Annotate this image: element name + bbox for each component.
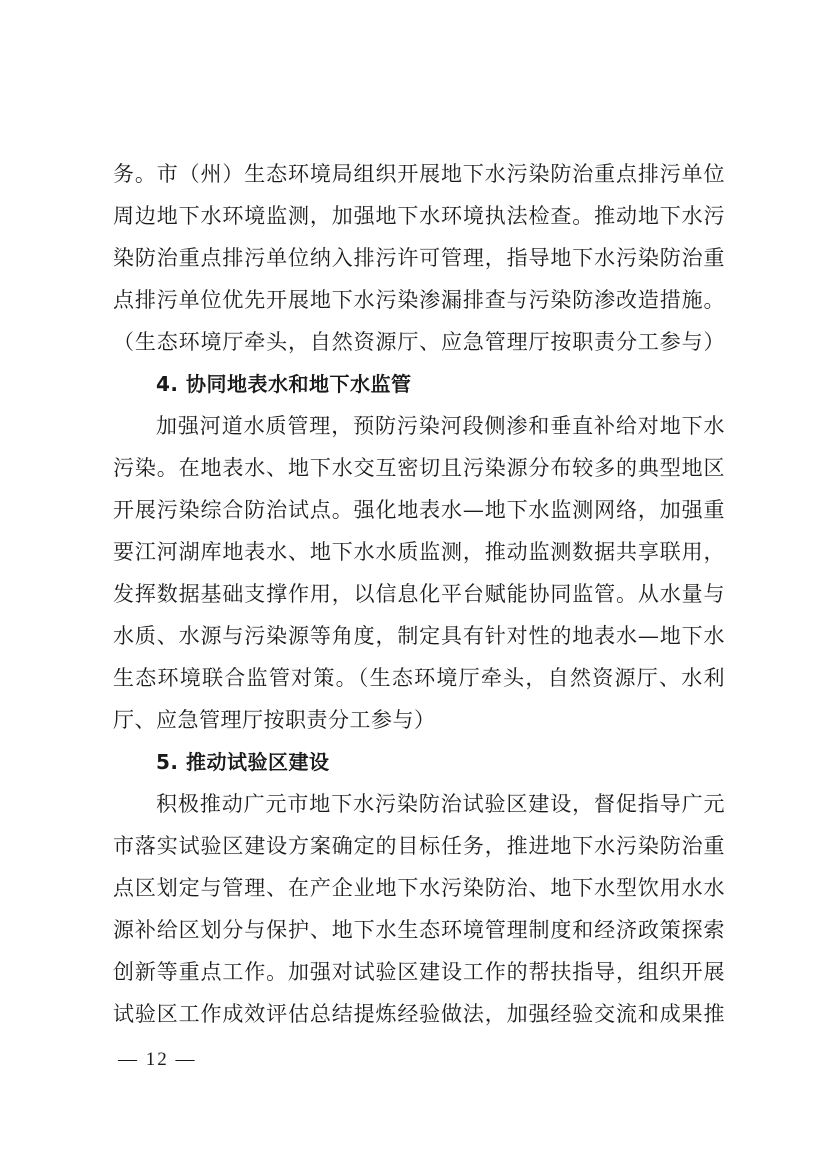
- paragraph-line: 加强河道水质管理，预防污染河段侧渗和垂直补给对地下水: [113, 405, 725, 447]
- paragraph-line: 厅、应急管理厅按职责分工参与）: [113, 699, 725, 741]
- section-heading-5: 5. 推动试验区建设: [113, 741, 725, 783]
- paragraph-line: （生态环境厅牵头，自然资源厅、应急管理厅按职责分工参与）: [113, 321, 725, 363]
- paragraph-line: 创新等重点工作。加强对试验区建设工作的帮扶指导，组织开展: [113, 951, 725, 993]
- paragraph-line: 务。市（州）生态环境局组织开展地下水污染防治重点排污单位: [113, 153, 725, 195]
- paragraph-line: 源补给区划分与保护、地下水生态环境管理制度和经济政策探索: [113, 909, 725, 951]
- section-heading-4: 4. 协同地表水和地下水监管: [113, 363, 725, 405]
- paragraph-line: 要江河湖库地表水、地下水水质监测，推动监测数据共享联用，: [113, 531, 725, 573]
- paragraph-line: 积极推动广元市地下水污染防治试验区建设，督促指导广元: [113, 783, 725, 825]
- paragraph-line: 染防治重点排污单位纳入排污许可管理，指导地下水污染防治重: [113, 237, 725, 279]
- paragraph-line: 市落实试验区建设方案确定的目标任务，推进地下水污染防治重: [113, 825, 725, 867]
- paragraph-line: 开展污染综合防治试点。强化地表水—地下水监测网络，加强重: [113, 489, 725, 531]
- paragraph-line: 点排污单位优先开展地下水污染渗漏排查与污染防渗改造措施。: [113, 279, 725, 321]
- paragraph-line: 周边地下水环境监测，加强地下水环境执法检查。推动地下水污: [113, 195, 725, 237]
- document-body: 务。市（州）生态环境局组织开展地下水污染防治重点排污单位 周边地下水环境监测，加…: [113, 153, 725, 1035]
- paragraph-line: 污染。在地表水、地下水交互密切且污染源分布较多的典型地区: [113, 447, 725, 489]
- paragraph-line: 点区划定与管理、在产企业地下水污染防治、地下水型饮用水水: [113, 867, 725, 909]
- paragraph-line: 生态环境联合监管对策。（生态环境厅牵头，自然资源厅、水利: [113, 657, 725, 699]
- paragraph-line: 水质、水源与污染源等角度，制定具有针对性的地表水—地下水: [113, 615, 725, 657]
- paragraph-line: 发挥数据基础支撑作用，以信息化平台赋能协同监管。从水量与: [113, 573, 725, 615]
- paragraph-line: 试验区工作成效评估总结提炼经验做法，加强经验交流和成果推: [113, 993, 725, 1035]
- page-number: — 12 —: [118, 1049, 197, 1071]
